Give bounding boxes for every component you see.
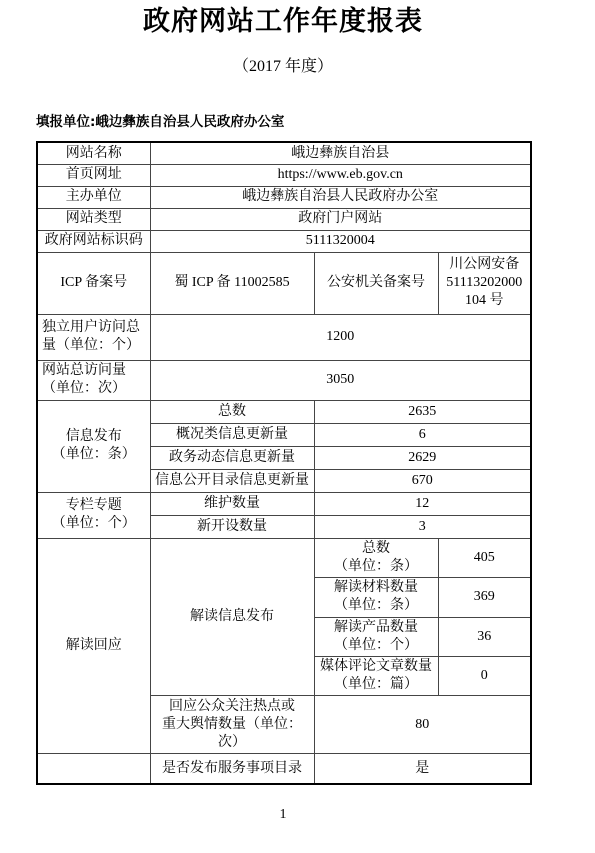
special-topics-group-unit: （单位：个） bbox=[42, 515, 146, 533]
info-publish-group-cell: 信息发布 （单位：条） bbox=[37, 400, 150, 492]
filing-unit-line: 填报单位:峨边彝族自治县人民政府办公室 bbox=[36, 114, 530, 131]
total-visits-value: 3050 bbox=[150, 360, 531, 400]
interpret-products-unit: （单位：个） bbox=[319, 637, 434, 655]
row-homepage-url: 首页网址 https://www.eb.gov.cn bbox=[37, 164, 531, 186]
sponsor-unit-value: 峨边彝族自治县人民政府办公室 bbox=[150, 186, 531, 208]
interpret-products-label-cell: 解读产品数量 （单位：个） bbox=[314, 617, 438, 656]
info-publish-group-label: 信息发布 bbox=[42, 428, 146, 446]
site-code-value: 5111320004 bbox=[150, 230, 531, 252]
row-info-publish-total: 信息发布 （单位：条） 总数 2635 bbox=[37, 400, 531, 423]
site-type-value: 政府门户网站 bbox=[150, 208, 531, 230]
row-site-code: 政府网站标识码 5111320004 bbox=[37, 230, 531, 252]
interpret-products-value: 36 bbox=[438, 617, 531, 656]
info-publish-overview-value: 6 bbox=[314, 423, 531, 446]
report-year: （2017 年度） bbox=[36, 57, 530, 77]
service-catalog-value: 是 bbox=[314, 754, 531, 784]
special-topics-group-label: 专栏专题 bbox=[42, 497, 146, 515]
info-publish-overview-label: 概况类信息更新量 bbox=[150, 423, 314, 446]
unique-visitors-value: 1200 bbox=[150, 314, 531, 360]
row-site-type: 网站类型 政府门户网站 bbox=[37, 208, 531, 230]
row-filing-numbers: ICP 备案号 蜀 ICP 备 11002585 公安机关备案号 川公网安备 5… bbox=[37, 252, 531, 314]
annual-report-table: 网站名称 峨边彝族自治县 首页网址 https://www.eb.gov.cn … bbox=[36, 141, 532, 785]
report-title: 政府网站工作年度报表 bbox=[36, 6, 530, 38]
icp-filing-label: ICP 备案号 bbox=[37, 252, 150, 314]
interpret-total-unit: （单位：条） bbox=[319, 558, 434, 576]
info-publish-group-unit: （单位：条） bbox=[42, 446, 146, 464]
site-type-label: 网站类型 bbox=[37, 208, 150, 230]
row-service-catalog: 是否发布服务事项目录 是 bbox=[37, 754, 531, 784]
row-unique-visitors: 独立用户访问总量（单位：个） 1200 bbox=[37, 314, 531, 360]
special-topics-maintained-label: 维护数量 bbox=[150, 492, 314, 515]
special-topics-new-label: 新开设数量 bbox=[150, 515, 314, 538]
info-publish-dynamic-value: 2629 bbox=[314, 446, 531, 469]
row-interpret-total: 解读回应 解读信息发布 总数 （单位：条） 405 bbox=[37, 538, 531, 577]
interpret-materials-label-cell: 解读材料数量 （单位：条） bbox=[314, 578, 438, 617]
info-publish-catalog-value: 670 bbox=[314, 469, 531, 492]
special-topics-group-cell: 专栏专题 （单位：个） bbox=[37, 492, 150, 538]
hotspot-response-value: 80 bbox=[314, 696, 531, 754]
interpret-materials-label: 解读材料数量 bbox=[319, 579, 434, 597]
media-comments-unit: （单位：篇） bbox=[319, 676, 434, 694]
interpret-response-group-cell: 解读回应 bbox=[37, 538, 150, 754]
interpret-total-value: 405 bbox=[438, 538, 531, 577]
row-site-name: 网站名称 峨边彝族自治县 bbox=[37, 142, 531, 164]
media-comments-label-cell: 媒体评论文章数量 （单位：篇） bbox=[314, 657, 438, 696]
row-sponsor-unit: 主办单位 峨边彝族自治县人民政府办公室 bbox=[37, 186, 531, 208]
service-catalog-label: 是否发布服务事项目录 bbox=[150, 754, 314, 784]
media-comments-value: 0 bbox=[438, 657, 531, 696]
info-publish-total-value: 2635 bbox=[314, 400, 531, 423]
unique-visitors-label: 独立用户访问总量（单位：个） bbox=[37, 314, 150, 360]
sponsor-unit-label: 主办单位 bbox=[37, 186, 150, 208]
page-number: 1 bbox=[36, 807, 530, 823]
row-special-topics-maintained: 专栏专题 （单位：个） 维护数量 12 bbox=[37, 492, 531, 515]
empty-cell bbox=[37, 754, 150, 784]
interpret-materials-value: 369 bbox=[438, 578, 531, 617]
info-publish-catalog-label: 信息公开目录信息更新量 bbox=[150, 469, 314, 492]
icp-filing-value: 蜀 ICP 备 11002585 bbox=[150, 252, 314, 314]
interpret-publish-cell: 解读信息发布 bbox=[150, 538, 314, 696]
special-topics-maintained-value: 12 bbox=[314, 492, 531, 515]
interpret-products-label: 解读产品数量 bbox=[319, 619, 434, 637]
site-name-value: 峨边彝族自治县 bbox=[150, 142, 531, 164]
hotspot-response-label: 回应公众关注热点或 重大舆情数量（单位： 次） bbox=[150, 696, 314, 754]
total-visits-label: 网站总访问量（单位：次） bbox=[37, 360, 150, 400]
special-topics-new-value: 3 bbox=[314, 515, 531, 538]
interpret-materials-unit: （单位：条） bbox=[319, 597, 434, 615]
site-name-label: 网站名称 bbox=[37, 142, 150, 164]
police-filing-value: 川公网安备 51113202000 104 号 bbox=[438, 252, 531, 314]
police-filing-label: 公安机关备案号 bbox=[314, 252, 438, 314]
info-publish-total-label: 总数 bbox=[150, 400, 314, 423]
report-page: 政府网站工作年度报表 （2017 年度） 填报单位:峨边彝族自治县人民政府办公室… bbox=[0, 6, 595, 853]
interpret-total-label: 总数 bbox=[319, 540, 434, 558]
row-total-visits: 网站总访问量（单位：次） 3050 bbox=[37, 360, 531, 400]
homepage-url-label: 首页网址 bbox=[37, 164, 150, 186]
interpret-total-label-cell: 总数 （单位：条） bbox=[314, 538, 438, 577]
info-publish-dynamic-label: 政务动态信息更新量 bbox=[150, 446, 314, 469]
media-comments-label: 媒体评论文章数量 bbox=[319, 658, 434, 676]
homepage-url-value: https://www.eb.gov.cn bbox=[150, 164, 531, 186]
site-code-label: 政府网站标识码 bbox=[37, 230, 150, 252]
